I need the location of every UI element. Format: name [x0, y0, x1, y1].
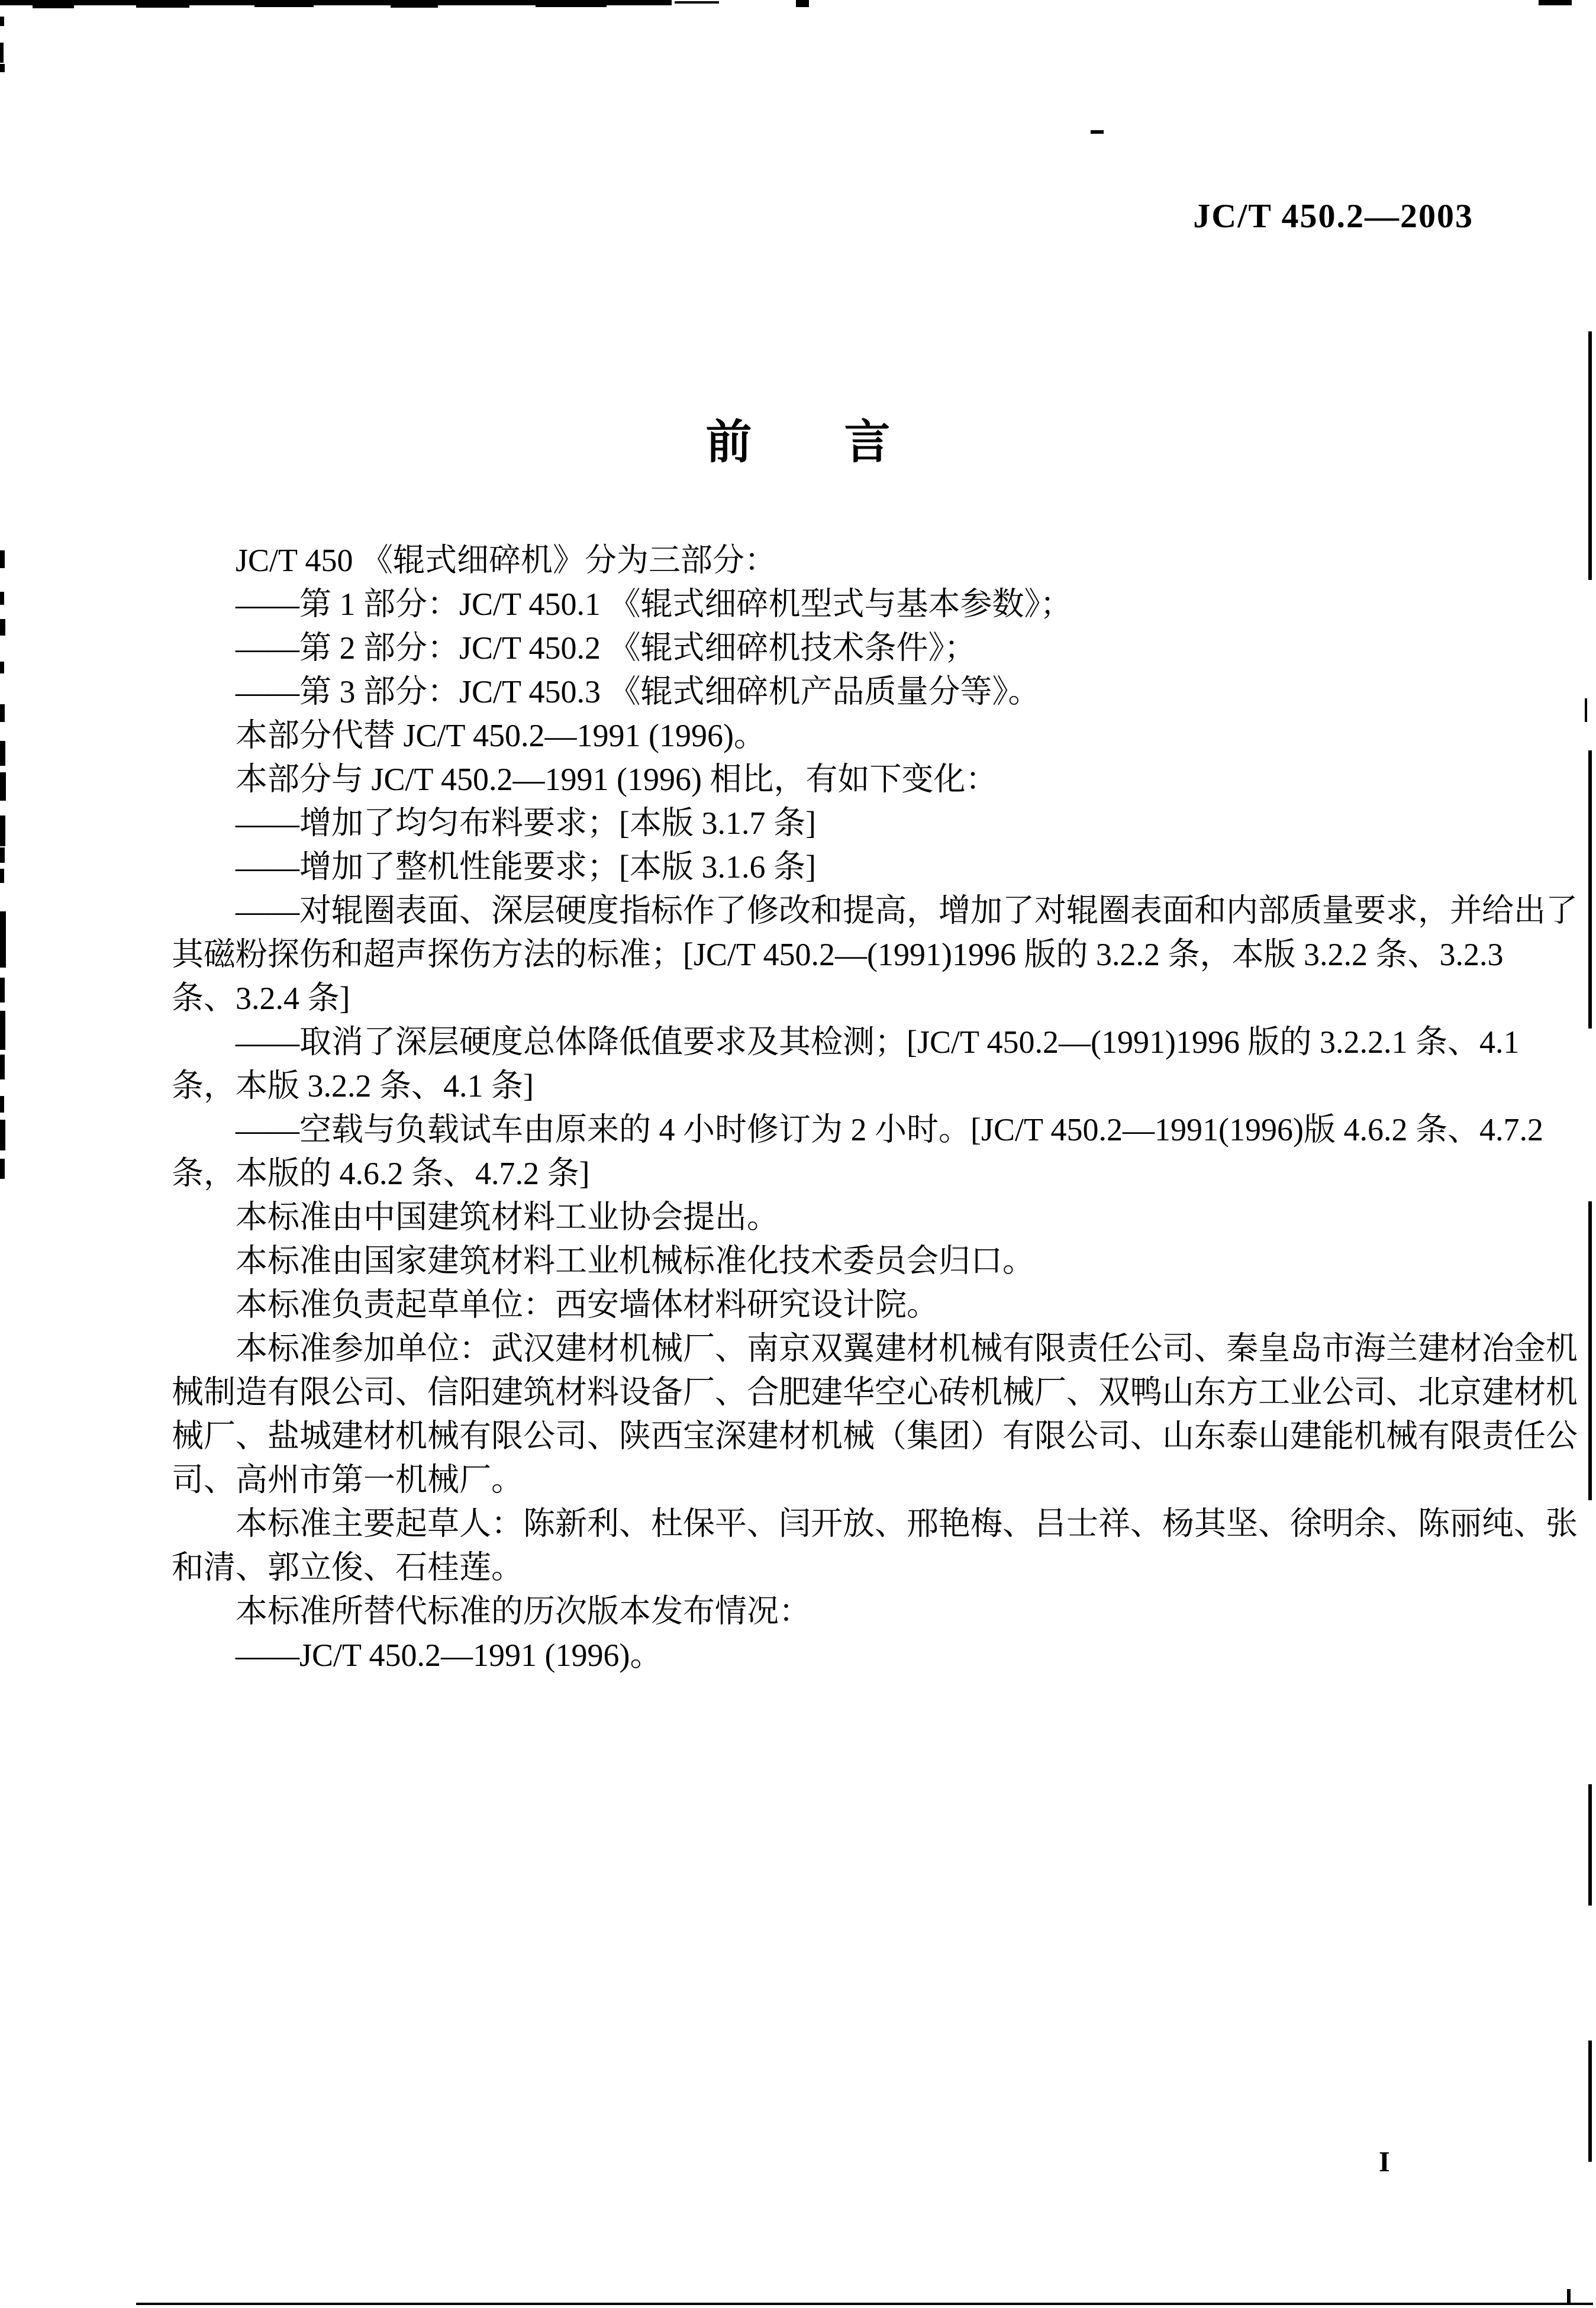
scan-artifact — [0, 1120, 5, 1150]
scan-artifact — [0, 911, 6, 968]
text-line: ——第 2 部分：JC/T 450.2 《辊式细碎机技术条件》； — [172, 626, 1462, 670]
scan-artifact — [1588, 750, 1592, 1029]
page-number: I — [1379, 2148, 1390, 2177]
scan-artifact — [136, 2303, 1593, 2305]
page-title: 前 言 — [0, 419, 1596, 465]
text-line: 条，本版的 4.6.2 条、4.7.2 条] — [172, 1152, 1462, 1195]
text-line: 本标准主要起草人：陈新利、杜保平、闫开放、邢艳梅、吕士祥、杨其坚、徐明余、陈丽纯… — [172, 1502, 1462, 1546]
text-line: ——对辊圈表面、深层硬度指标作了修改和提高，增加了对辊圈表面和内部质量要求，并给… — [172, 889, 1462, 933]
scan-artifact — [1539, 0, 1572, 5]
scan-artifact — [0, 1011, 5, 1050]
standard-number: JC/T 450.2—2003 — [1193, 199, 1474, 233]
scan-artifact — [0, 592, 4, 605]
text-line: 本标准负责起草单位：西安墙体材料研究设计院。 — [172, 1283, 1462, 1327]
text-line: 本部分代替 JC/T 450.2—1991 (1996)。 — [172, 714, 1462, 757]
scan-artifact — [0, 550, 5, 568]
scan-artifact — [675, 1, 719, 4]
text-line: ——第 1 部分：JC/T 450.1 《辊式细碎机型式与基本参数》； — [172, 582, 1462, 626]
text-line: ——增加了均匀布料要求；[本版 3.1.7 条] — [172, 801, 1462, 845]
scan-artifact — [0, 847, 5, 863]
scan-artifact — [1585, 698, 1587, 722]
scan-artifact — [536, 0, 607, 7]
text-line: 本部分与 JC/T 450.2—1991 (1996) 相比，有如下变化： — [172, 757, 1462, 801]
scan-artifact — [33, 0, 74, 8]
scan-artifact — [391, 0, 438, 8]
scan-artifact — [0, 741, 5, 766]
foreword-body: JC/T 450 《辊式细碎机》分为三部分：——第 1 部分：JC/T 450.… — [172, 539, 1462, 1677]
text-line: ——JC/T 450.2—1991 (1996)。 — [172, 1633, 1462, 1677]
scan-artifact — [0, 869, 4, 883]
text-line: ——取消了深层硬度总体降低值要求及其检测；[JC/T 450.2—(1991)1… — [172, 1020, 1462, 1064]
scan-artifact — [0, 772, 6, 801]
document-page: JC/T 450.2—2003 前 言 JC/T 450 《辊式细碎机》分为三部… — [0, 0, 1596, 2308]
scan-artifact — [1567, 2289, 1571, 2304]
text-line: 和清、郭立俊、石桂莲。 — [172, 1546, 1462, 1590]
scan-artifact — [0, 662, 4, 673]
scan-artifact — [0, 17, 4, 26]
scan-artifact — [0, 1096, 4, 1113]
scan-artifact — [796, 0, 809, 7]
text-line: JC/T 450 《辊式细碎机》分为三部分： — [172, 539, 1462, 582]
text-line: 条，本版 3.2.2 条、4.1 条] — [172, 1064, 1462, 1108]
text-line: 其磁粉探伤和超声探伤方法的标准；[JC/T 450.2—(1991)1996 版… — [172, 933, 1462, 976]
scan-artifact — [0, 978, 5, 1003]
scan-artifact — [0, 704, 5, 722]
text-line: 本标准由国家建筑材料工业机械标准化技术委员会归口。 — [172, 1239, 1462, 1283]
text-line: 本标准参加单位：武汉建材机械厂、南京双翼建材机械有限责任公司、秦皇岛市海兰建材冶… — [172, 1327, 1462, 1371]
text-line: 条、3.2.4 条] — [172, 976, 1462, 1020]
scan-artifact — [1588, 2041, 1592, 2162]
text-line: 械厂、盐城建材机械有限公司、陕西宝深建材机械（集团）有限公司、山东泰山建能机械有… — [172, 1414, 1462, 1458]
scan-artifact — [1588, 1784, 1592, 1906]
scan-artifact — [136, 0, 189, 8]
text-line: 械制造有限公司、信阳建筑材料设备厂、合肥建华空心砖机械厂、双鸭山东方工业公司、北… — [172, 1371, 1462, 1414]
scan-artifact — [0, 619, 5, 636]
text-line: 司、高州市第一机械厂。 — [172, 1458, 1462, 1502]
scan-artifact — [0, 1159, 5, 1179]
scan-artifact — [1091, 130, 1104, 134]
scan-artifact — [0, 43, 4, 63]
scan-artifact — [0, 64, 5, 72]
scan-artifact — [1588, 1201, 1592, 1500]
text-line: ——空载与负载试车由原来的 4 小时修订为 2 小时。[JC/T 450.2—1… — [172, 1108, 1462, 1152]
scan-artifact — [0, 815, 5, 846]
text-line: 本标准由中国建筑材料工业协会提出。 — [172, 1195, 1462, 1239]
text-line: 本标准所替代标准的历次版本发布情况： — [172, 1590, 1462, 1633]
scan-artifact — [254, 0, 314, 7]
text-line: ——增加了整机性能要求；[本版 3.1.6 条] — [172, 845, 1462, 889]
text-line: ——第 3 部分：JC/T 450.3 《辊式细碎机产品质量分等》。 — [172, 670, 1462, 714]
scan-artifact — [0, 1055, 5, 1079]
